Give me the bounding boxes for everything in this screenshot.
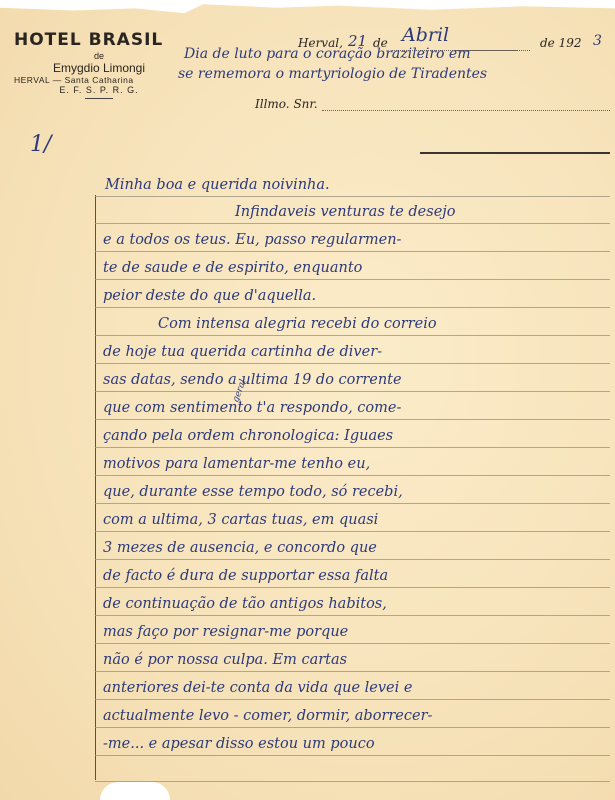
letter-line: sas datas, sendo a ultima 19 do corrente <box>103 372 402 388</box>
letterhead-de: de <box>14 51 184 61</box>
rule-line <box>95 503 610 504</box>
letter-line: Infindaveis venturas te desejo <box>235 204 456 220</box>
rule-line <box>95 559 610 560</box>
rule-line <box>95 223 610 224</box>
letter-line: te de saude e de espirito, enquanto <box>103 260 362 276</box>
rule-line <box>95 279 610 280</box>
rule-line <box>95 671 610 672</box>
letter-line: não é por nossa culpa. Em cartas <box>103 652 347 668</box>
rule-line <box>95 531 610 532</box>
rule-line <box>95 643 610 644</box>
rule-line <box>95 335 610 336</box>
rule-line <box>95 363 610 364</box>
letter-line: motivos para lamentar-me tenho eu, <box>103 456 370 472</box>
page-number: 1/ <box>30 132 51 157</box>
torn-edge-bottom <box>100 782 170 800</box>
letter-line: actualmente levo - comer, dormir, aborre… <box>103 708 432 724</box>
letter-line: que, durante esse tempo todo, só recebi, <box>103 484 403 500</box>
letter-line: de facto é dura de supportar essa falta <box>103 568 388 584</box>
rule-line <box>95 447 610 448</box>
addressee-dots <box>322 110 610 111</box>
letter-line: 3 mezes de ausencia, e concordo que <box>103 540 377 556</box>
letter-salutation: Minha boa e querida noivinha. <box>105 177 330 193</box>
rule-line <box>95 615 610 616</box>
letter-line: que com sentimento t'a respondo, come- <box>103 400 401 416</box>
rule-line <box>95 727 610 728</box>
rule-line <box>95 781 610 782</box>
letterhead-owner: Emygdio Limongi <box>14 61 184 75</box>
letter-line: -me... e apesar disso estou um pouco <box>103 736 375 752</box>
rule-line <box>95 419 610 420</box>
rule-line <box>95 391 610 392</box>
header-divider-line <box>420 152 610 154</box>
rule-line <box>95 307 610 308</box>
dateline-year-digit: 3 <box>593 33 602 49</box>
letterhead-place: HERVAL — Santa Catharina <box>14 75 184 85</box>
letterhead-ornament <box>85 98 113 99</box>
letter-line: com a ultima, 3 cartas tuas, em quasi <box>103 512 378 528</box>
letter-line: Com intensa alegria recebi do correio <box>158 316 437 332</box>
rule-line <box>95 475 610 476</box>
letterhead-railway: E. F. S. P. R. G. <box>14 85 184 95</box>
letterhead: HOTEL BRASIL de Emygdio Limongi HERVAL —… <box>14 30 184 99</box>
letter-line: de hoje tua querida cartinha de diver- <box>103 344 382 360</box>
margin-note-line2: se rememora o martyriologio de Tiradente… <box>178 66 487 82</box>
rule-line <box>95 755 610 756</box>
letter-line: e a todos os teus. Eu, passo regularmen- <box>103 232 401 248</box>
rule-line <box>95 251 610 252</box>
margin-note-line1: Dia de luto para o coração brazileiro em <box>184 46 470 62</box>
addressee-label: Illmo. Snr. <box>255 97 318 111</box>
rule-line <box>95 699 610 700</box>
letter-line: anteriores dei-te conta da vida que leve… <box>103 680 412 696</box>
rule-line <box>95 587 610 588</box>
letter-line: mas faço por resignar-me porque <box>103 624 348 640</box>
letter-line: peior deste do que d'aquella. <box>103 288 316 304</box>
dateline-month: Abril <box>402 24 449 46</box>
dateline-de2: de 192 <box>540 36 582 50</box>
letter-line: çando pela ordem chronologica: Iguaes <box>103 428 393 444</box>
rule-line <box>95 196 610 197</box>
left-margin-line <box>95 195 96 780</box>
letter-line: de continuação de tão antigos habitos, <box>103 596 387 612</box>
hotel-name: HOTEL BRASIL <box>14 30 184 50</box>
